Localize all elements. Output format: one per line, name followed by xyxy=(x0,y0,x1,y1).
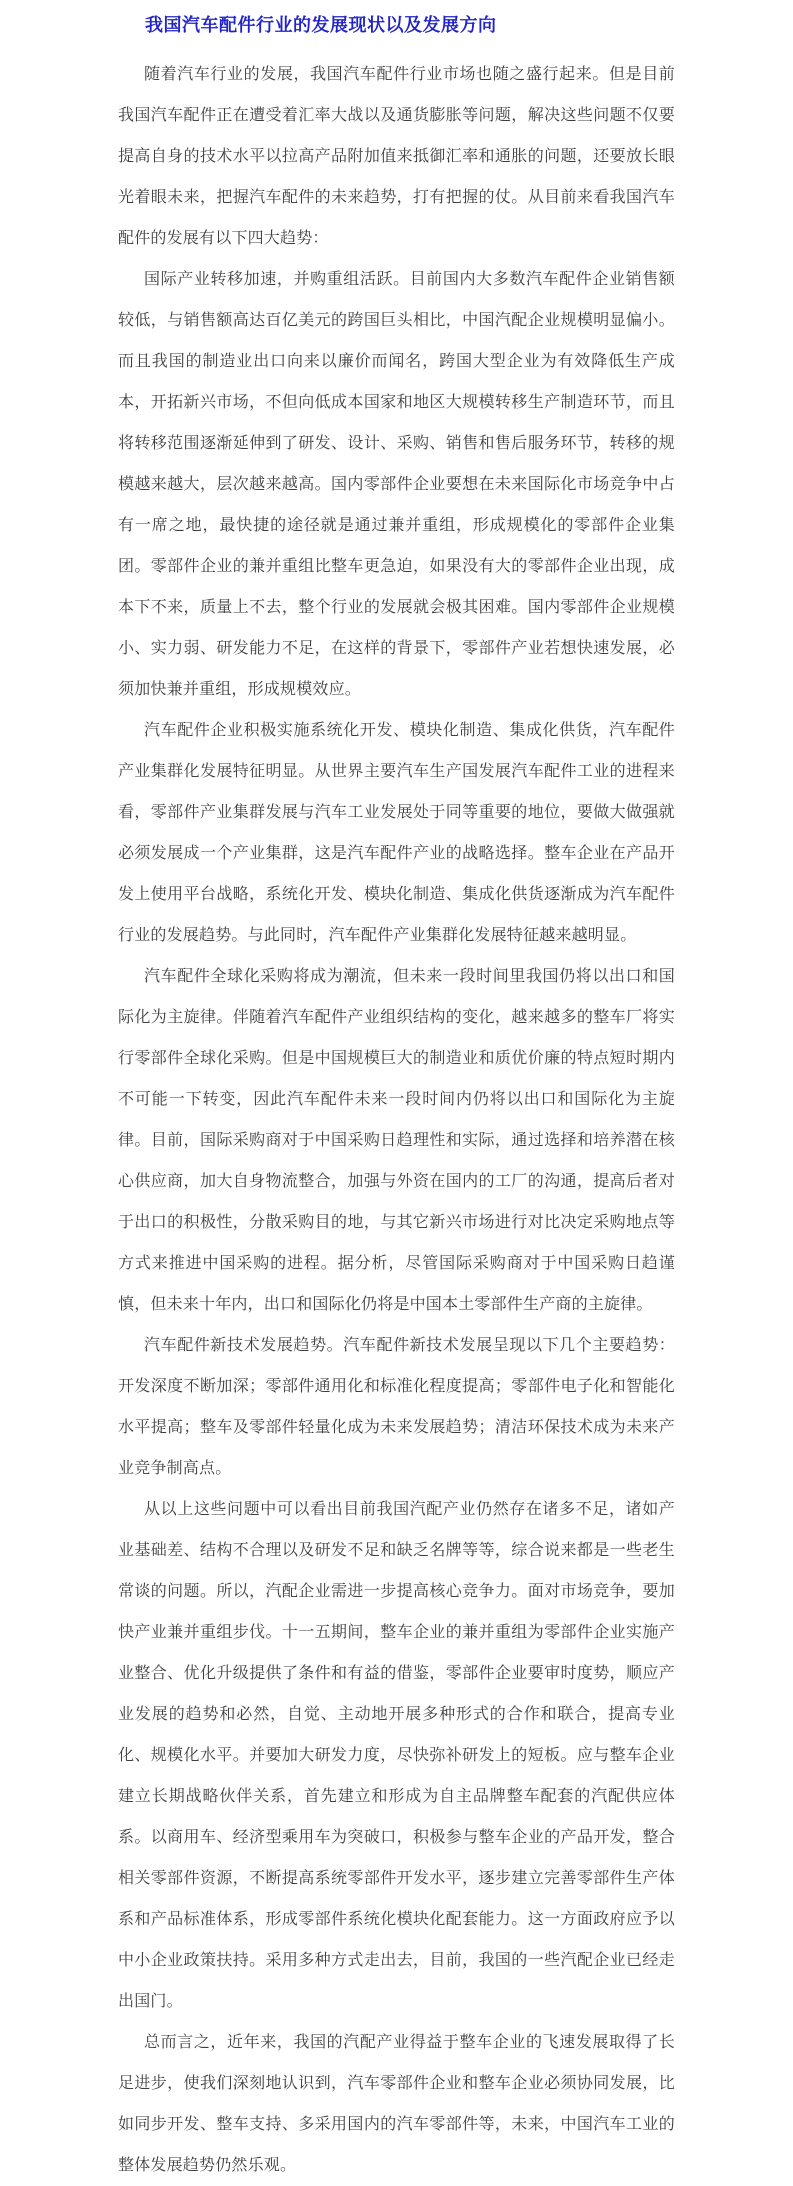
paragraph-intro: 随着汽车行业的发展，我国汽车配件行业市场也随之盛行起来。但是目前我国汽车配件正在… xyxy=(118,54,675,259)
document-page: 我国汽车配件行业的发展现状以及发展方向 随着汽车行业的发展，我国汽车配件行业市场… xyxy=(0,0,793,2186)
paragraph-trend-new-technology: 汽车配件新技术发展趋势。汽车配件新技术发展呈现以下几个主要趋势：开发深度不断加深… xyxy=(118,1325,675,1489)
paragraph-problems-and-measures: 从以上这些问题中可以看出目前我国汽配产业仍然存在诸多不足，诸如产业基础差、结构不… xyxy=(118,1489,675,2022)
article-content: 我国汽车配件行业的发展现状以及发展方向 随着汽车行业的发展，我国汽车配件行业市场… xyxy=(118,12,675,2186)
paragraph-conclusion: 总而言之，近年来，我国的汽配产业得益于整车企业的飞速发展取得了长足进步，使我们深… xyxy=(118,2022,675,2186)
paragraph-trend-clustering: 汽车配件企业积极实施系统化开发、模块化制造、集成化供货，汽车配件产业集群化发展特… xyxy=(118,710,675,956)
article-title: 我国汽车配件行业的发展现状以及发展方向 xyxy=(118,12,675,38)
paragraph-trend-industry-transfer: 国际产业转移加速，并购重组活跃。目前国内大多数汽车配件企业销售额较低，与销售额高… xyxy=(118,259,675,710)
paragraph-trend-global-sourcing: 汽车配件全球化采购将成为潮流，但未来一段时间里我国仍将以出口和国际化为主旋律。伴… xyxy=(118,956,675,1325)
